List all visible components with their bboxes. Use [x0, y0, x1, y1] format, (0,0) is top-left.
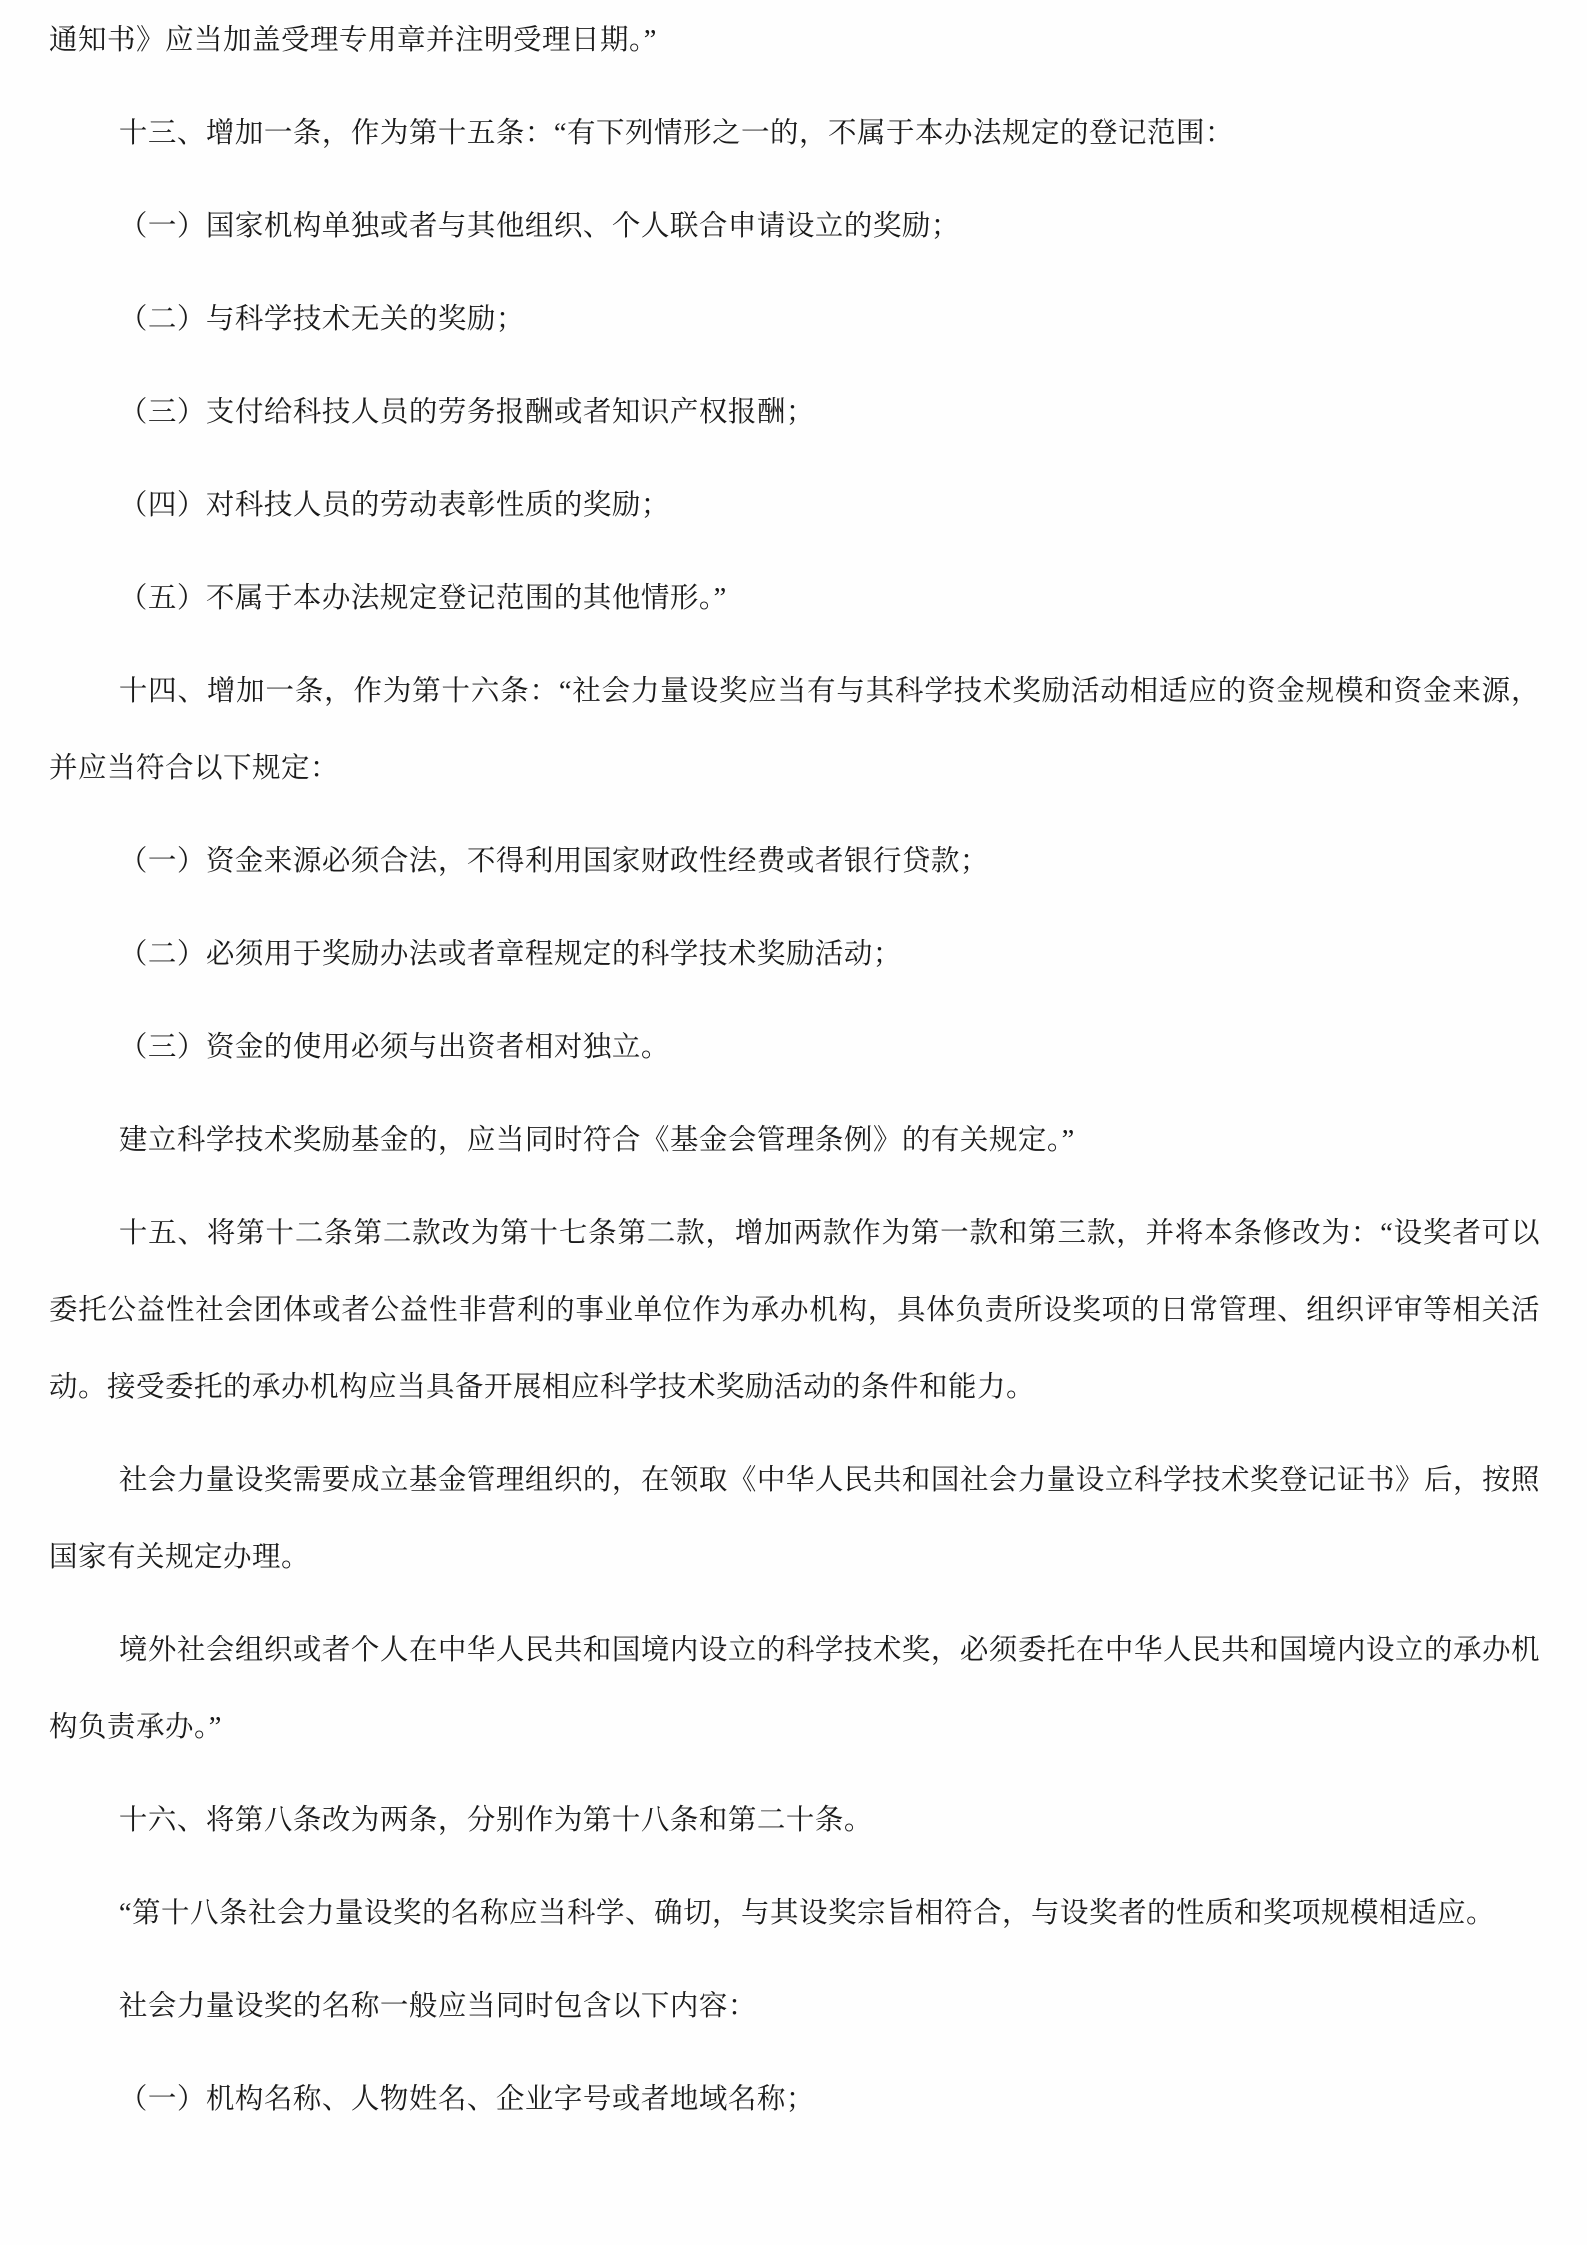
- paragraph: （一）资金来源必须合法，不得利用国家财政性经费或者银行贷款；: [49, 823, 1540, 900]
- paragraph: 十六、将第八条改为两条，分别作为第十八条和第二十条。: [49, 1782, 1540, 1859]
- paragraph: （五）不属于本办法规定登记范围的其他情形。”: [49, 560, 1540, 637]
- paragraph: 十四、增加一条，作为第十六条：“社会力量设奖应当有与其科学技术奖励活动相适应的资…: [49, 653, 1540, 807]
- paragraph: （三）资金的使用必须与出资者相对独立。: [49, 1009, 1540, 1086]
- paragraph: （三）支付给科技人员的劳务报酬或者知识产权报酬；: [49, 374, 1540, 451]
- paragraph: “第十八条社会力量设奖的名称应当科学、确切，与其设奖宗旨相符合，与设奖者的性质和…: [49, 1875, 1540, 1952]
- paragraph: 通知书》应当加盖受理专用章并注明受理日期。”: [49, 2, 1540, 79]
- document-body: 通知书》应当加盖受理专用章并注明受理日期。”十三、增加一条，作为第十五条：“有下…: [49, 2, 1540, 2138]
- paragraph: 境外社会组织或者个人在中华人民共和国境内设立的科学技术奖，必须委托在中华人民共和…: [49, 1612, 1540, 1766]
- paragraph: 社会力量设奖的名称一般应当同时包含以下内容：: [49, 1968, 1540, 2045]
- paragraph: （一）国家机构单独或者与其他组织、个人联合申请设立的奖励；: [49, 188, 1540, 265]
- paragraph: （一）机构名称、人物姓名、企业字号或者地域名称；: [49, 2061, 1540, 2138]
- paragraph: （二）与科学技术无关的奖励；: [49, 281, 1540, 358]
- paragraph: 社会力量设奖需要成立基金管理组织的，在领取《中华人民共和国社会力量设立科学技术奖…: [49, 1442, 1540, 1596]
- paragraph: 十三、增加一条，作为第十五条：“有下列情形之一的，不属于本办法规定的登记范围：: [49, 95, 1540, 172]
- document-page: { "document": { "language": "zh-CN", "ba…: [0, 0, 1587, 2245]
- document-page-surface: 通知书》应当加盖受理专用章并注明受理日期。”十三、增加一条，作为第十五条：“有下…: [0, 0, 1587, 2245]
- paragraph: 建立科学技术奖励基金的，应当同时符合《基金会管理条例》的有关规定。”: [49, 1102, 1540, 1179]
- paragraph: （二）必须用于奖励办法或者章程规定的科学技术奖励活动；: [49, 916, 1540, 993]
- paragraph: 十五、将第十二条第二款改为第十七条第二款，增加两款作为第一款和第三款，并将本条修…: [49, 1195, 1540, 1426]
- paragraph: （四）对科技人员的劳动表彰性质的奖励；: [49, 467, 1540, 544]
